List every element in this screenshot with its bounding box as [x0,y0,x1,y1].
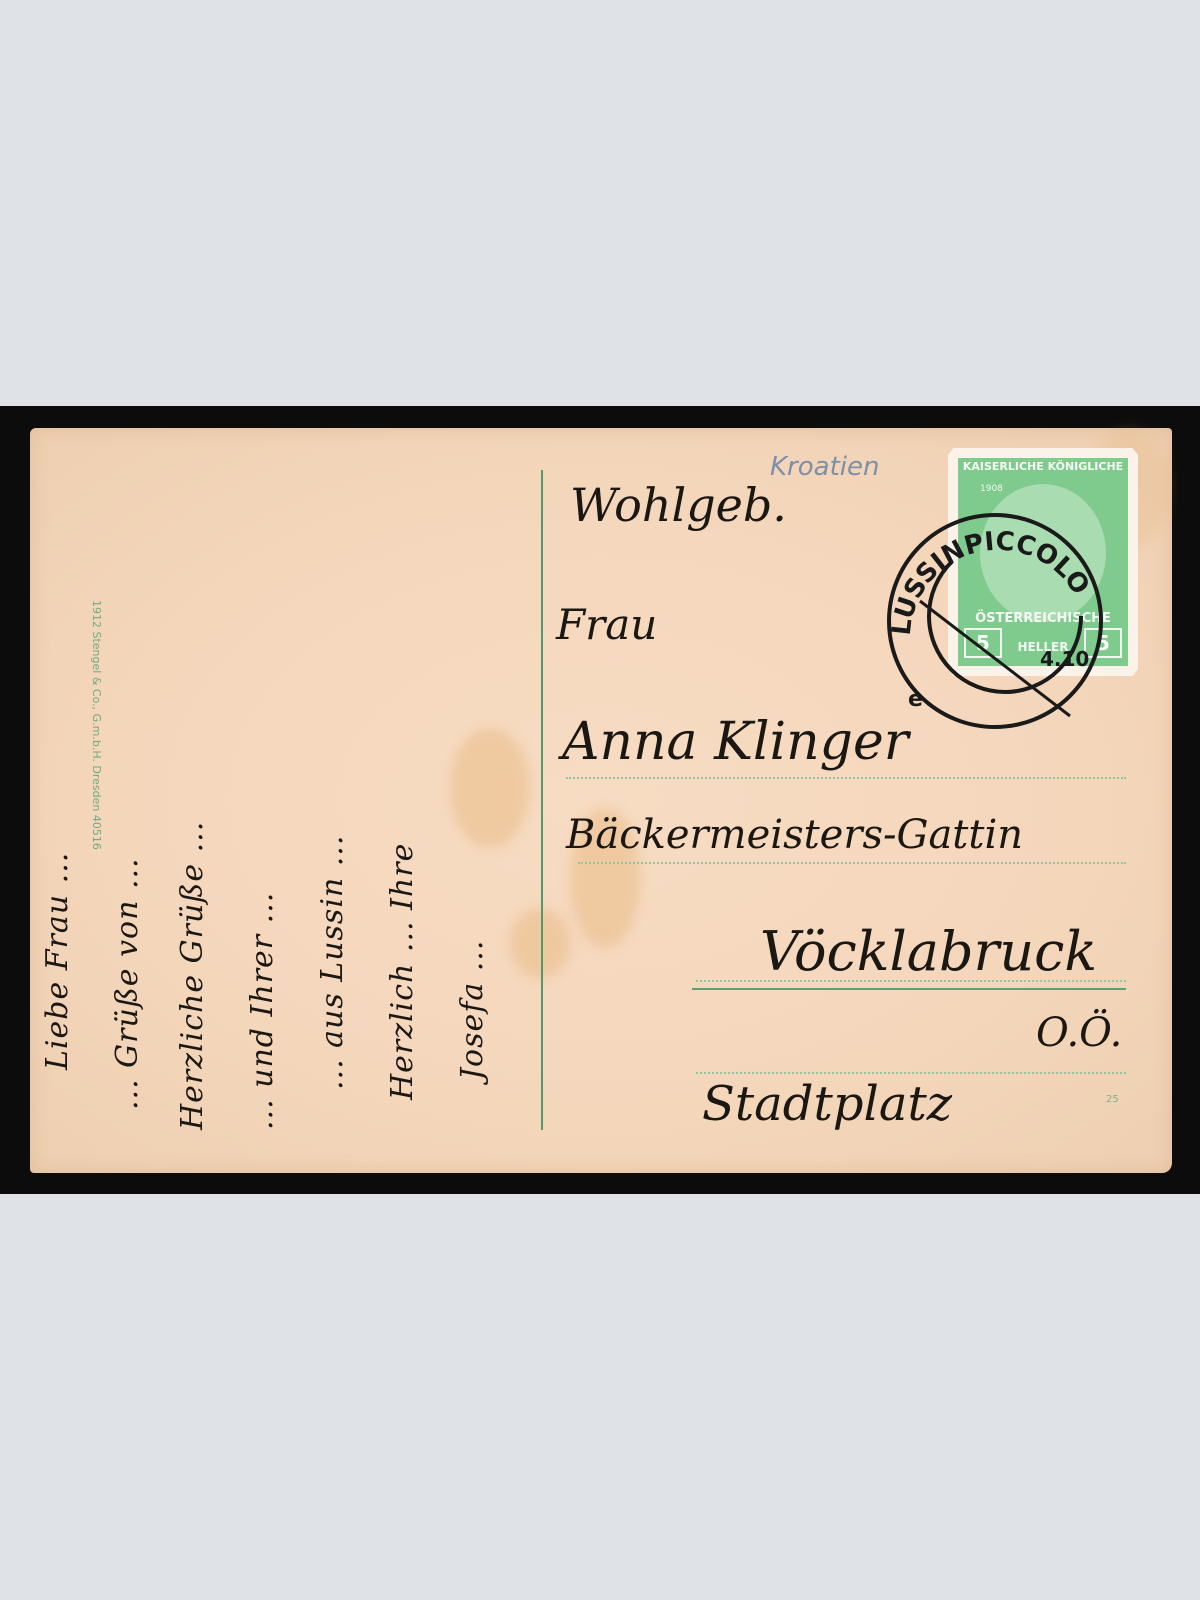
stamp-top-text: KAISERLICHE KÖNIGLICHE [958,460,1128,473]
center-divider-line [541,470,543,1130]
address-name: Anna Klinger [562,712,909,772]
address-dotted-line [578,862,1126,864]
message-line: Josefa ... [455,560,490,1080]
address-solid-line [692,988,1126,990]
address-title: Frau [556,600,657,649]
message-line: Herzlich ... Ihre [385,450,420,1100]
address-region: O.Ö. [1036,1010,1122,1056]
age-stain [510,908,570,978]
corner-number: 25 [1106,1094,1119,1105]
message-line: ... aus Lussin ... [315,450,350,1090]
printer-imprint: 1912 Stengel & Co., G.m.b.H. Dresden 405… [90,600,103,850]
address-salutation: Wohlgeb. [570,478,787,532]
address-dotted-line [696,1072,1126,1074]
stamp-year: 1908 [980,484,1003,494]
address-dotted-line [566,777,1126,779]
message-line: Liebe Frau ... [40,470,75,1070]
address-street: Stadtplatz [702,1076,952,1132]
message-line: ... Grüße von ... [110,450,145,1110]
message-line: ... und Ihrer ... [245,470,280,1130]
postmark-date: 4.10 [1040,647,1089,671]
address-occupation: Bäckermeisters-Gattin [566,812,1023,858]
postmark-cancellation: LUSSINPICCOLO e 4.10 [880,506,1110,736]
address-city: Vöcklabruck [760,920,1097,983]
message-line: Herzliche Grüße ... [175,450,210,1130]
postmark-letter: e [908,687,923,712]
address-dotted-line [696,980,1126,982]
